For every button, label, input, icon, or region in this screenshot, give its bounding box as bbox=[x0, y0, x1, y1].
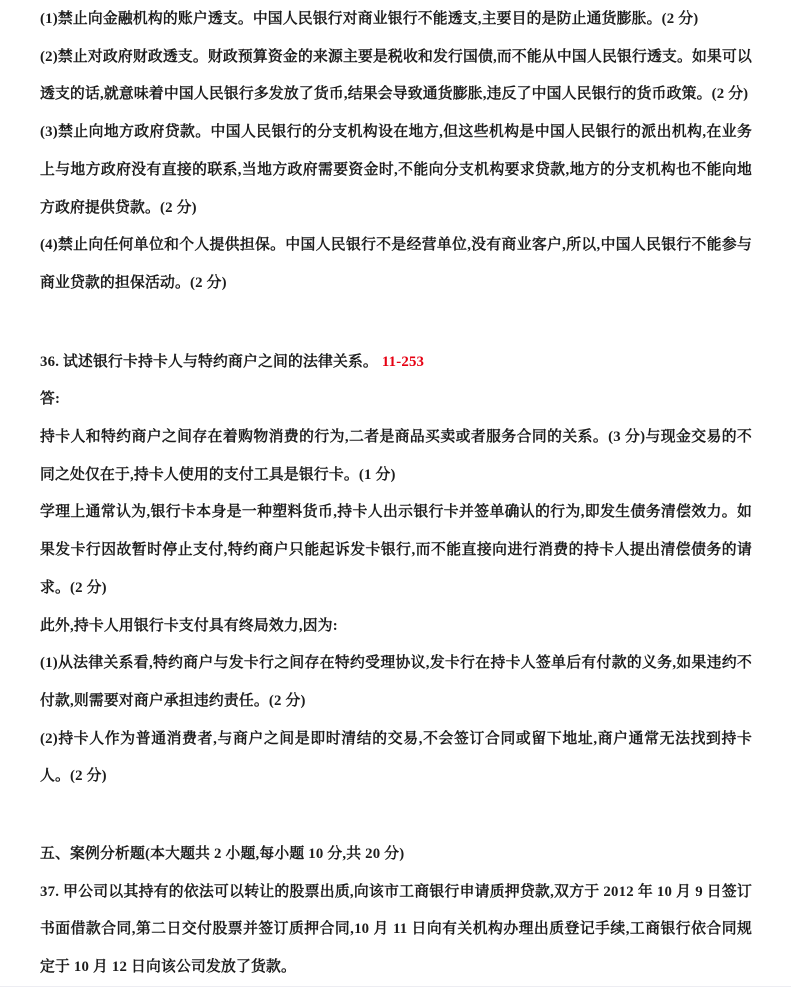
answer-label: 答: bbox=[40, 381, 752, 419]
answer-36-paragraph-1: 持卡人和特约商户之间存在着购物消费的行为,二者是商品买卖或者服务合同的关系。(3… bbox=[40, 419, 752, 494]
question-36-text: 36. 试述银行卡持卡人与特约商户之间的法律关系。 bbox=[40, 354, 378, 370]
answer-35-item-4: (4)禁止向任何单位和个人提供担保。中国人民银行不是经营单位,没有商业客户,所以… bbox=[40, 227, 752, 302]
section-5-heading: 五、案例分析题(本大题共 2 小题,每小题 10 分,共 20 分) bbox=[40, 836, 752, 874]
answer-35-item-1: (1)禁止向金融机构的账户透支。中国人民银行对商业银行不能透支,主要目的是防止通… bbox=[40, 1, 752, 39]
answer-36-paragraph-4: (1)从法律关系看,特约商户与发卡行之间存在特约受理协议,发卡行在持卡人签单后有… bbox=[40, 645, 752, 720]
question-36-heading: 36. 试述银行卡持卡人与特约商户之间的法律关系。 11-253 bbox=[40, 344, 752, 382]
document-page: (1)禁止向金融机构的账户透支。中国人民银行对商业银行不能透支,主要目的是防止通… bbox=[0, 0, 791, 993]
answer-36-paragraph-2: 学理上通常认为,银行卡本身是一种塑料货币,持卡人出示银行卡并签单确认的行为,即发… bbox=[40, 494, 752, 607]
question-37-text: 37. 甲公司以其持有的依法可以转让的股票出质,向该市工商银行申请质押贷款,双方… bbox=[40, 874, 752, 987]
answer-35-item-2: (2)禁止对政府财政透支。财政预算资金的来源主要是税收和发行国债,而不能从中国人… bbox=[40, 39, 752, 114]
answer-36-paragraph-3: 此外,持卡人用银行卡支付具有终局效力,因为: bbox=[40, 608, 752, 646]
reference-code: 11-253 bbox=[382, 354, 424, 370]
page-bottom-divider bbox=[0, 986, 791, 987]
answer-36-paragraph-5: (2)持卡人作为普通消费者,与商户之间是即时清结的交易,不会签订合同或留下地址,… bbox=[40, 721, 752, 796]
answer-35-item-3: (3)禁止向地方政府贷款。中国人民银行的分支机构设在地方,但这些机构是中国人民银… bbox=[40, 114, 752, 227]
